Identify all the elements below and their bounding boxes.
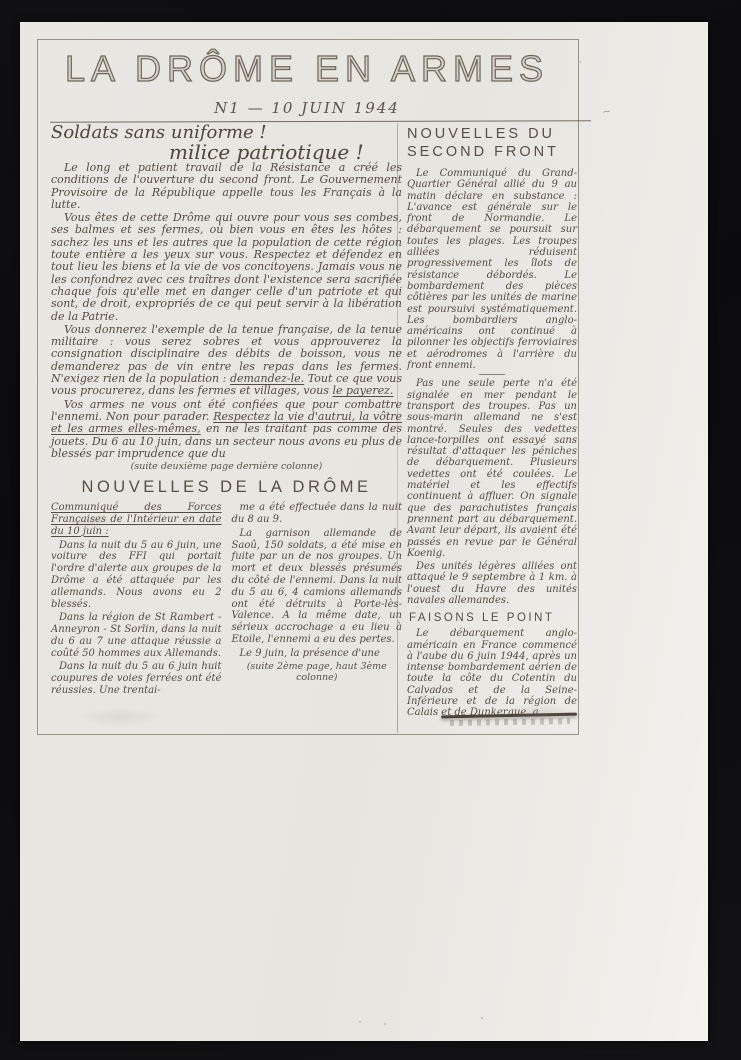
drome-paragraph: Le 9 juin, la présence d'une [232,648,403,660]
second-front-column: NOUVELLES DU SECOND FRONT Le Communiqué … [407,125,577,721]
underlined-phrase-demandez: demandez-le. [230,372,304,385]
article-paragraph-1: Le long et patient travail de la Résista… [51,162,402,211]
drome-subcolumn-left: Communiqué des Forces Françaises de l'In… [51,502,222,699]
drome-subcolumn-right: me a été effectuée dans la nuit du 8 au … [232,502,403,699]
paragraph-dash-divider [479,374,505,375]
article-paragraph-4: Vos armes ne vous ont été confiées que p… [51,399,402,460]
section-nouvelles-drome: NOUVELLES DE LA DRÔME Communiqué des For… [51,478,402,699]
scanner-background: LA DRÔME EN ARMES N1 — 10 JUIN 1944 ~ So… [0,0,741,1060]
heading-line: SECOND FRONT [407,143,577,161]
drome-paragraph: Dans la région de St Rambert - Anneyron … [51,612,222,659]
article-paragraph-2: Vous êtes de cette Drôme qui ouvre pour … [51,212,402,323]
section-heading-faisons-le-point: FAISONS LE POINT [409,612,577,624]
front-paragraph-2: Pas une seule perte n'a été signalée en … [407,378,577,559]
point-paragraph: Le débarquement anglo-américain en Franc… [407,628,577,718]
newspaper-page: LA DRÔME EN ARMES N1 — 10 JUIN 1944 ~ So… [20,22,708,1041]
heading-line: NOUVELLES DU [407,125,577,143]
communique-intro: Communiqué des Forces Françaises de l'In… [51,502,222,537]
continuation-note: (suite deuxième page dernière colonne) [51,461,402,472]
headline-milice: milice patriotique ! [169,142,402,162]
drome-paragraph: Dans la nuit du 5 au 6 juin, une voiture… [51,540,222,611]
front-paragraph-1: Le Communiqué du Grand-Quartier Général … [407,168,577,371]
underlined-phrase-payerez: le payerez. [332,384,393,397]
article-paragraph-3: Vous donnerez l'exemple de la tenue fran… [51,324,402,398]
drome-paragraph: La garnison allemande de Saoû, 150 solda… [232,528,403,646]
main-article-column: Soldats sans uniforme ! milice patriotiq… [51,123,402,699]
section-heading-second-front: NOUVELLES DU SECOND FRONT [407,125,577,161]
section-heading-drome: NOUVELLES DE LA DRÔME [51,478,402,497]
front-paragraph-3: Des unités légères alliées ont attaqué l… [407,561,577,606]
continuation-note: (suite 2ème page, haut 3ème colonne) [232,661,403,683]
issue-number-date: N1 — 10 JUIN 1944 [37,99,577,117]
ink-smudge: ~ [601,104,613,119]
drome-paragraph: me a été effectuée dans la nuit du 8 au … [232,502,403,526]
drome-subcolumns: Communiqué des Forces Françaises de l'In… [51,502,402,699]
drome-paragraph: Dans la nuit du 5 au 6 juin huit coupure… [51,661,222,696]
newspaper-title: LA DRÔME EN ARMES [37,48,577,90]
